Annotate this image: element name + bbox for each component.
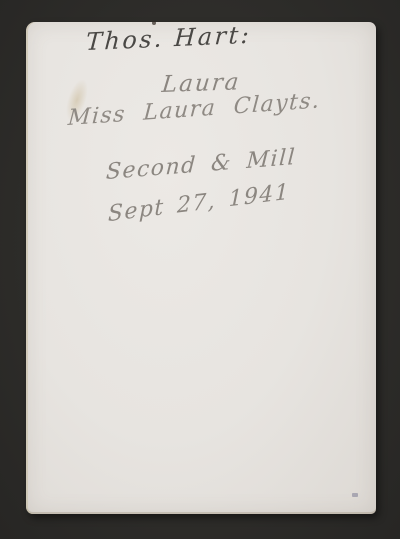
handwritten-address-line: Second & Mill bbox=[105, 145, 297, 185]
scanned-photo-card-scene: Thos. Hart: Laura Miss Laura Clayts. Sec… bbox=[0, 0, 400, 539]
handwritten-date-line: Sept 27, 1941 bbox=[108, 180, 291, 228]
photo-card-back: Thos. Hart: Laura Miss Laura Clayts. Sec… bbox=[26, 22, 376, 514]
faint-printed-mark bbox=[352, 493, 358, 497]
handwritten-name-line: Thos. Hart: bbox=[85, 21, 252, 56]
